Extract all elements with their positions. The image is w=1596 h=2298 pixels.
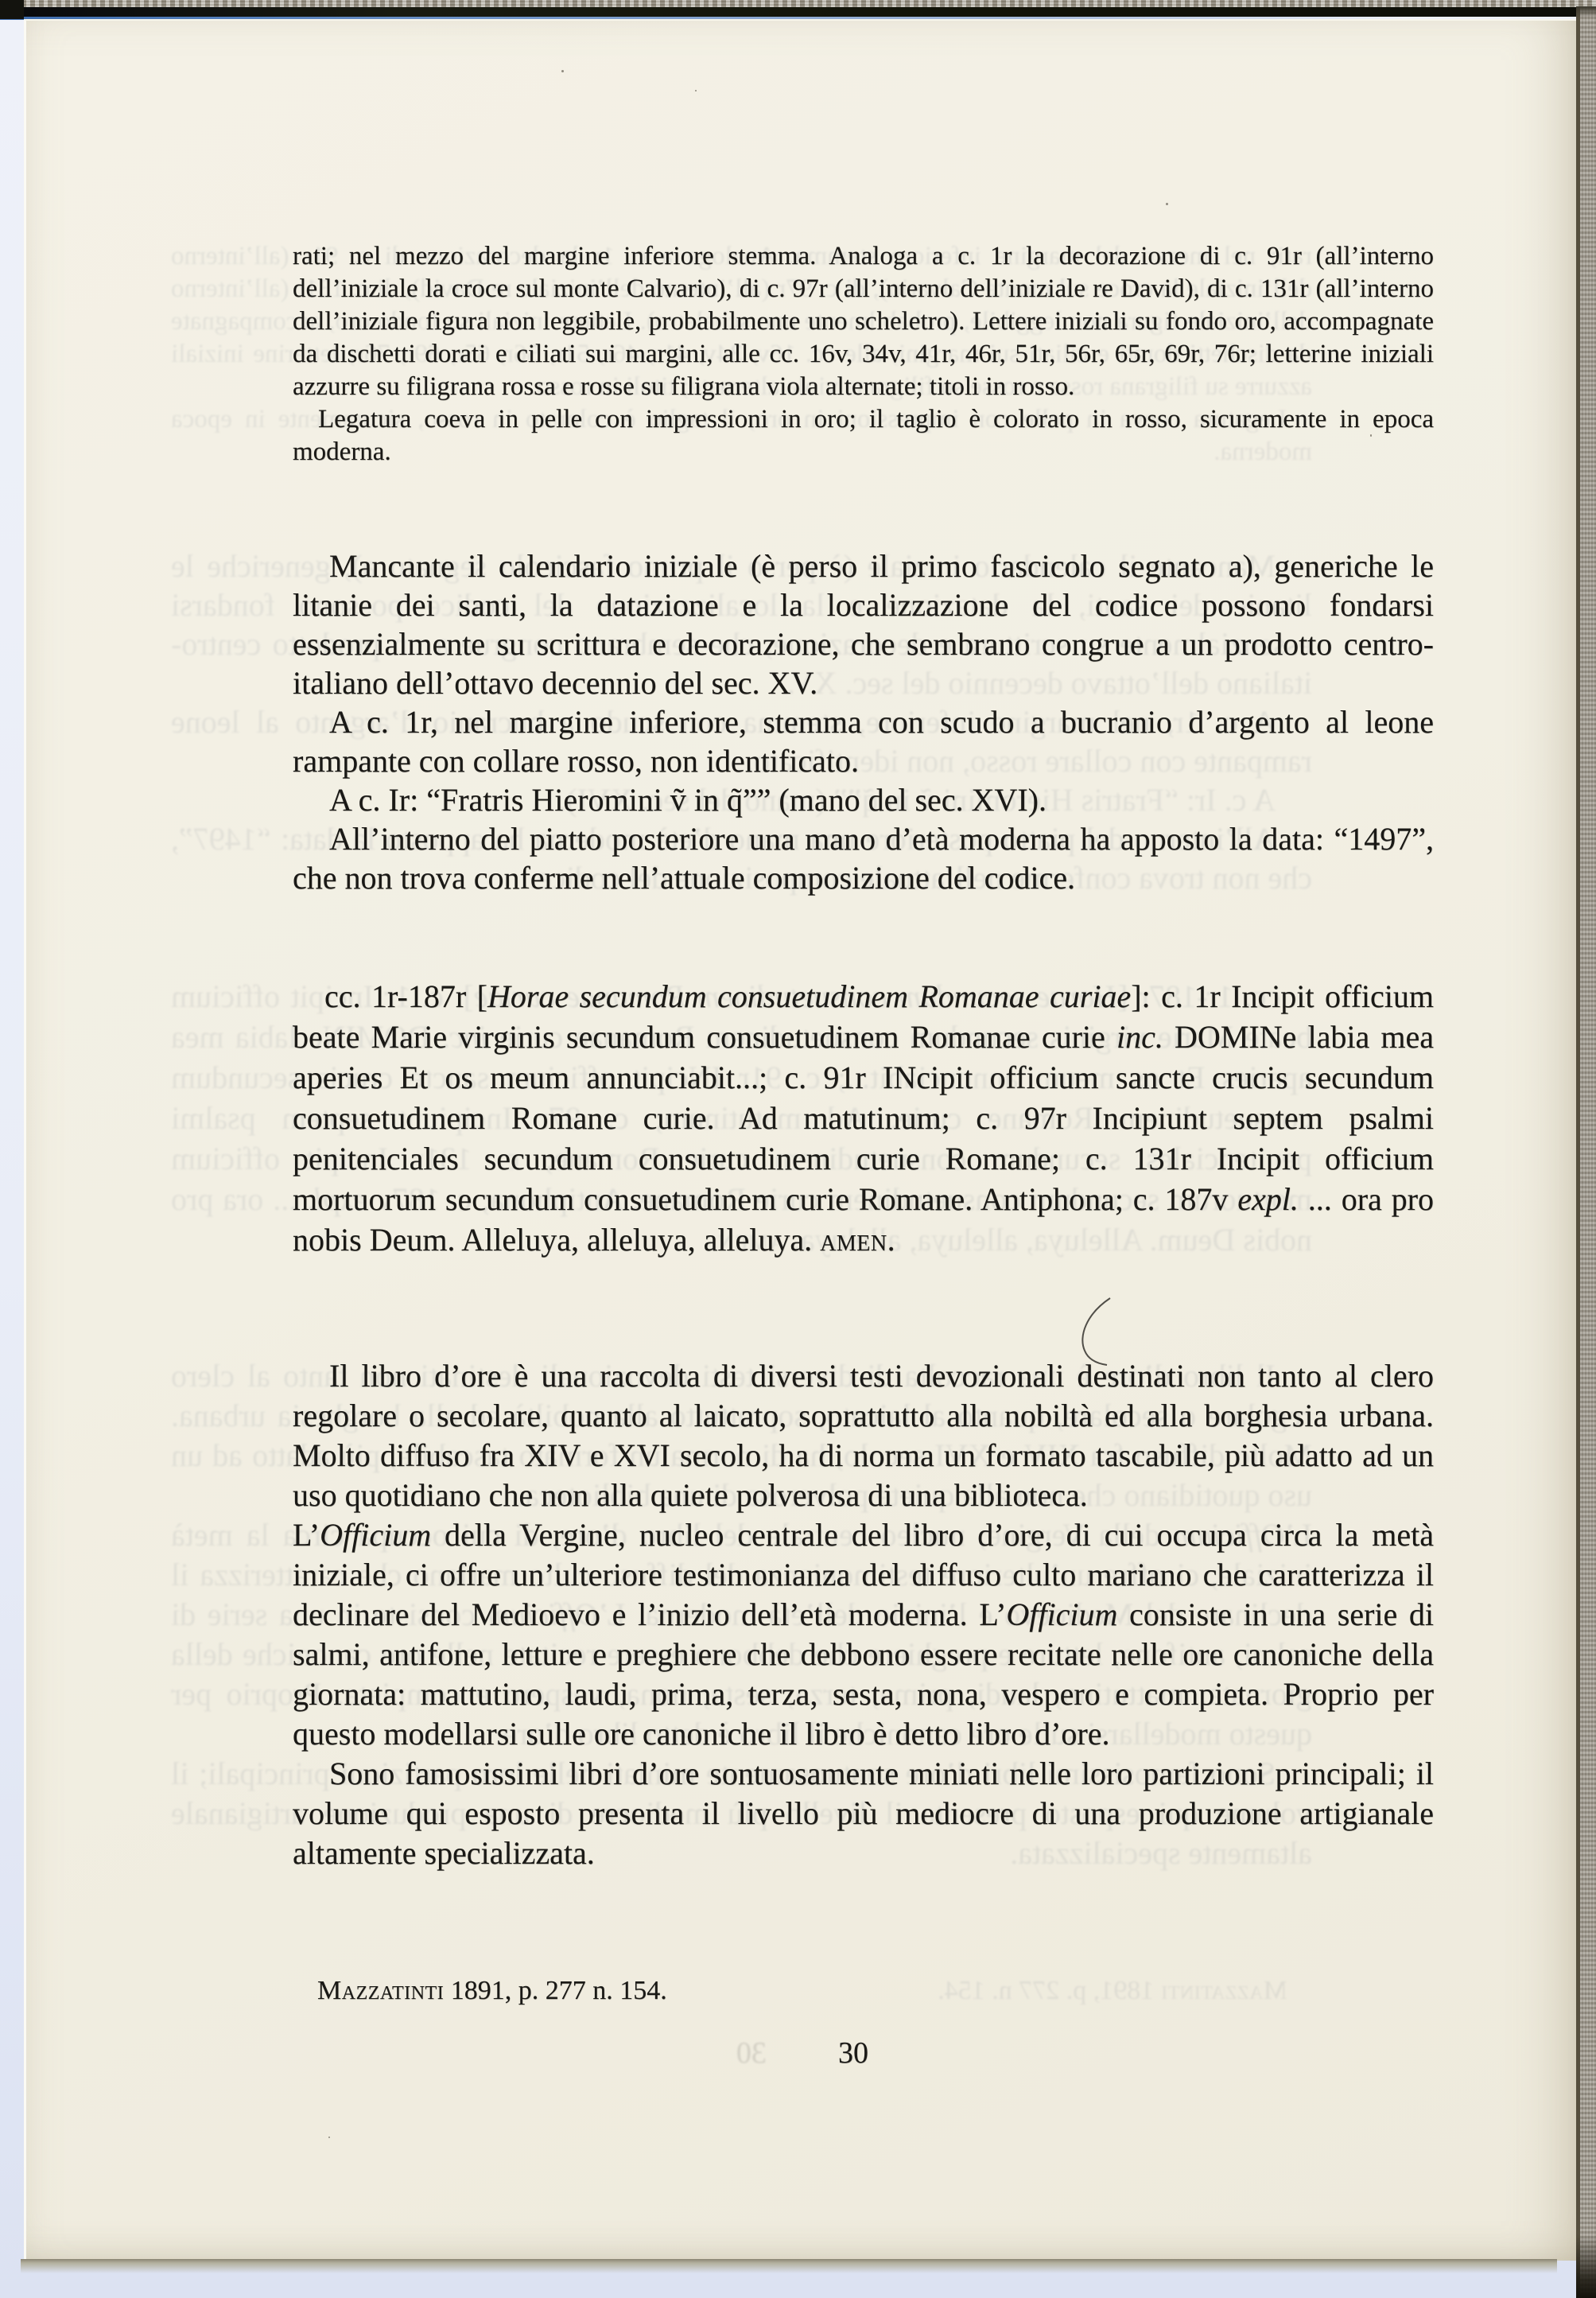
dust-speck [328, 2137, 330, 2138]
scan-corner-shadow [0, 0, 24, 19]
bibliography-citation: Mazzatinti 1891, p. 277 n. 154. [293, 1974, 1434, 2007]
catalog-description-continued: rati; nel mezzo del margine inferiore st… [293, 240, 1434, 469]
page-number: 30 [802, 2036, 905, 2071]
codicological-notes: Mancante il calendario iniziale (è perso… [293, 546, 1434, 897]
book-cloth-top-edge [0, 0, 1596, 7]
page-edge-shadow [21, 2259, 1557, 2273]
dust-speck [561, 70, 564, 72]
scanned-book-page: rati; nel mezzo del margine inferiore st… [0, 0, 1596, 2298]
book-cloth-right-edge [1576, 6, 1596, 2298]
dust-speck [1370, 434, 1372, 437]
manuscript-contents-incipit: cc. 1r-187r [Horae secundum consuetudine… [293, 976, 1434, 1260]
dust-speck [695, 90, 697, 91]
page-paper: rati; nel mezzo del margine inferiore st… [24, 19, 1579, 2261]
pen-mark-artifact [1072, 1297, 1115, 1377]
scan-shadow-band [0, 7, 1596, 17]
dust-speck [1166, 203, 1168, 205]
book-of-hours-essay: Il libro d’ore è una raccolta di diversi… [293, 1356, 1434, 1873]
page-text: rati; nel mezzo del margine inferiore st… [26, 21, 1579, 2261]
